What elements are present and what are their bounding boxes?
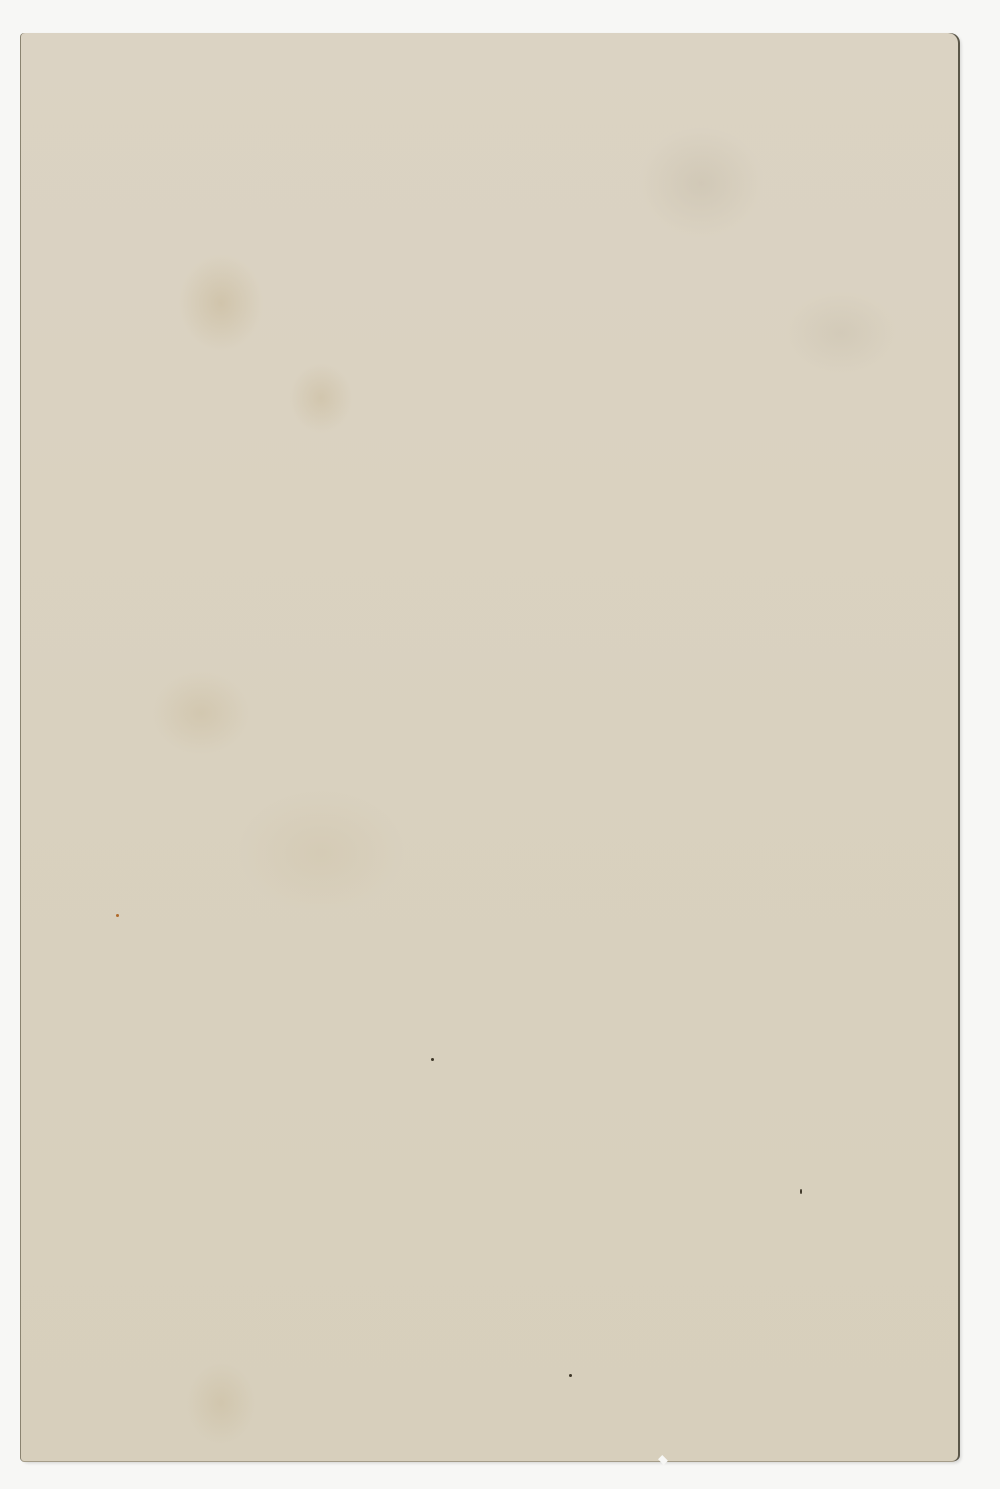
aged-card: [21, 33, 958, 1461]
stain-speck: [800, 1189, 802, 1194]
stain-speck: [431, 1058, 434, 1061]
stain-speck: [569, 1374, 572, 1377]
edge-notch: [658, 1455, 668, 1465]
stain-speck: [116, 914, 119, 917]
